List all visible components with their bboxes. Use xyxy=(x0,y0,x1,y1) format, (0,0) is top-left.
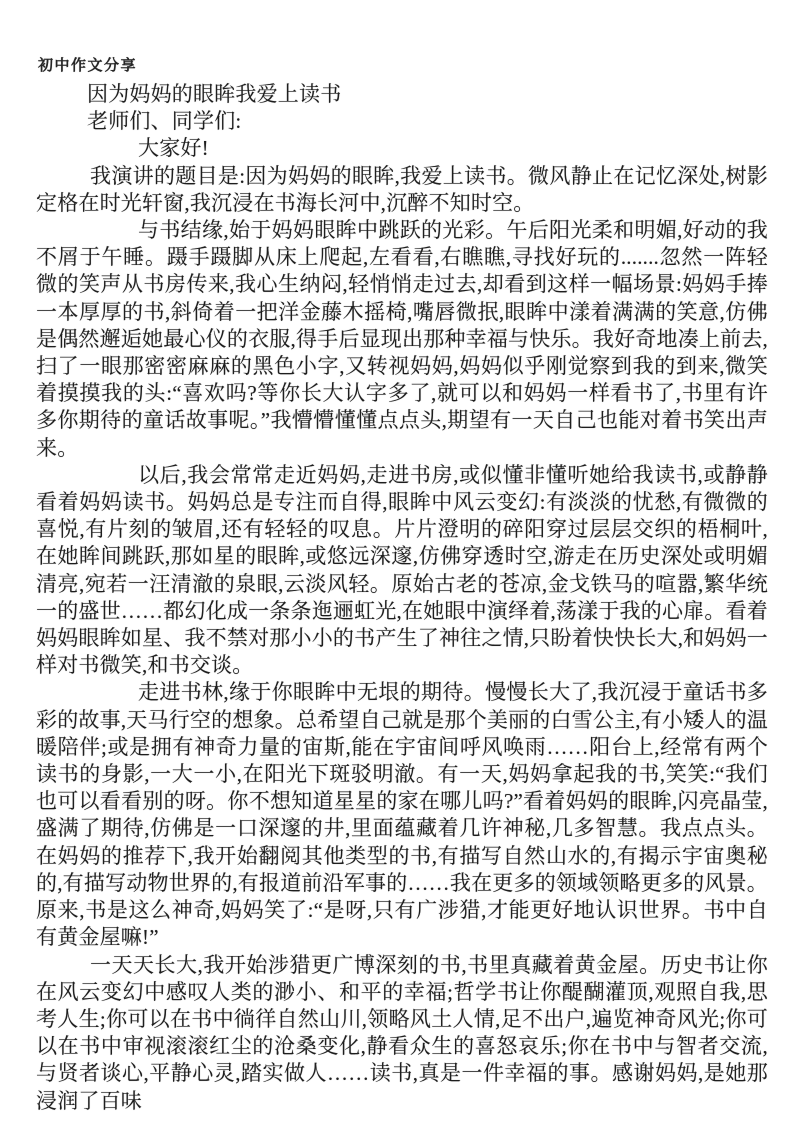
essay-greeting: 大家好! xyxy=(36,135,768,162)
essay-body: 因为妈妈的眼眸我爱上读书 老师们、同学们: 大家好! 我演讲的题目是:因为妈妈的… xyxy=(36,81,768,1115)
page-header-label: 初中作文分享 xyxy=(38,54,137,75)
scanned-document-page: 初中作文分享 因为妈妈的眼眸我爱上读书 老师们、同学们: 大家好! 我演讲的题目… xyxy=(0,0,800,1132)
essay-paragraph-3: 以后,我会常常走近妈妈,走进书房,或似懂非懂听她给我读书,或静静看着妈妈读书。妈… xyxy=(36,462,768,680)
essay-paragraph-1: 我演讲的题目是:因为妈妈的眼眸,我爱上读书。微风静止在记忆深处,树影定格在时光轩… xyxy=(36,163,768,217)
essay-paragraph-2: 与书结缘,始于妈妈眼眸中跳跃的光彩。午后阳光柔和明媚,好动的我不屑于午睡。蹑手蹑… xyxy=(36,217,768,462)
essay-salutation: 老师们、同学们: xyxy=(36,108,768,135)
essay-paragraph-4: 走进书林,缘于你眼眸中无垠的期待。慢慢长大了,我沉浸于童话书多彩的故事,天马行空… xyxy=(36,679,768,951)
essay-title: 因为妈妈的眼眸我爱上读书 xyxy=(36,81,768,108)
essay-paragraph-5: 一天天长大,我开始涉猎更广博深刻的书,书里真藏着黄金屋。历史书让你在风云变幻中感… xyxy=(36,952,768,1115)
